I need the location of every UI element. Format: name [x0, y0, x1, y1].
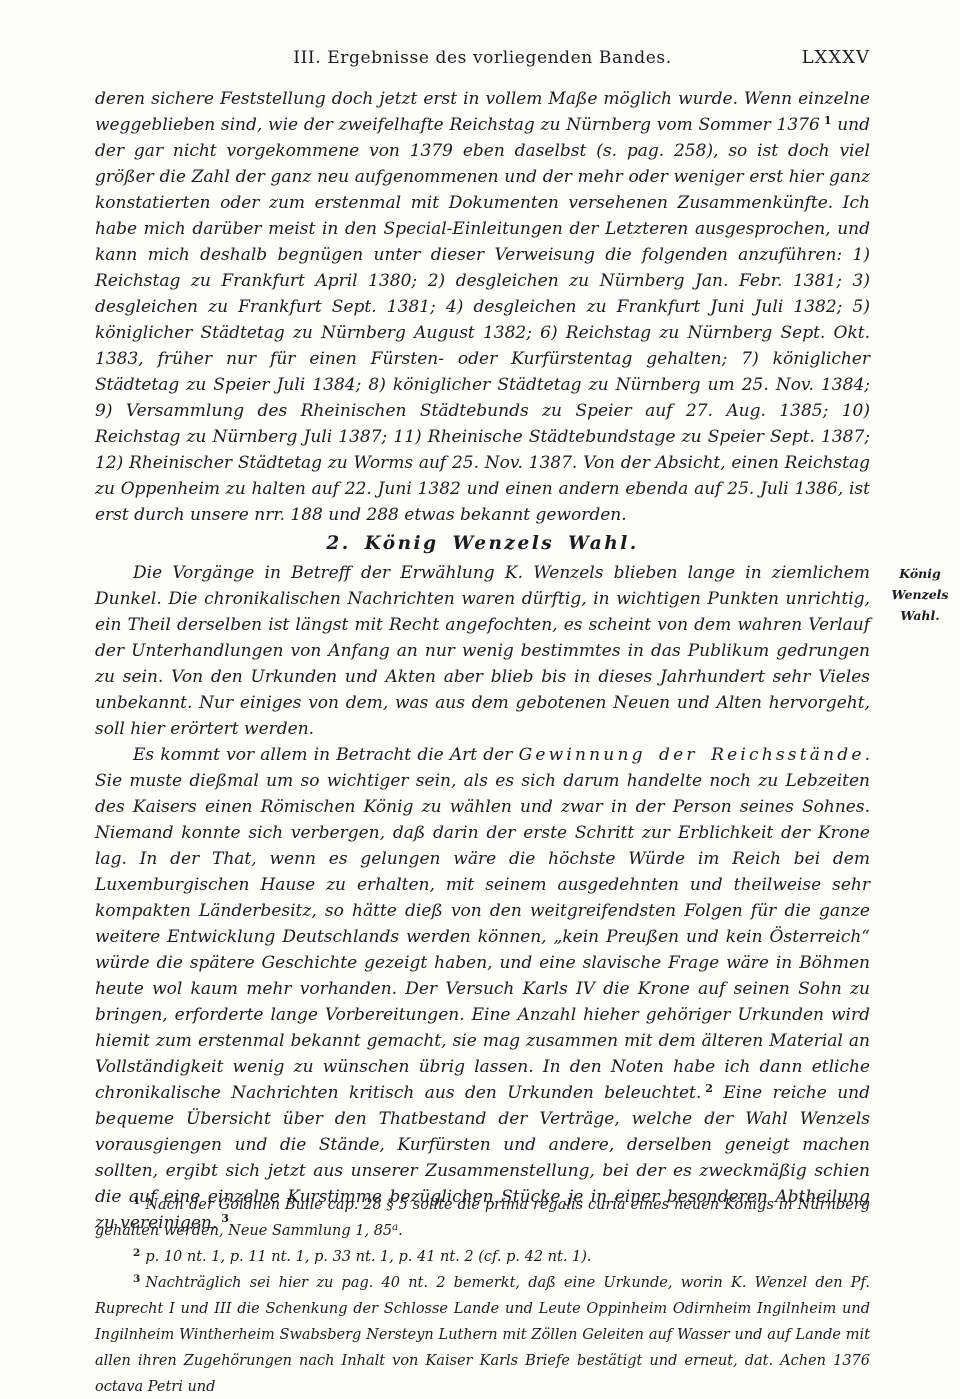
paragraph-text: und der gar nicht vorgekommene von 1379 … — [95, 115, 870, 525]
paragraph-text: . Sie muste dießmal um so wichtiger sein… — [95, 745, 870, 1103]
section-heading: 2. König Wenzels Wahl. — [95, 531, 870, 557]
footnote-1: 1Nach der Goldnen Bulle cap. 28 § 5 soll… — [95, 1192, 870, 1244]
footnote-text: Nach der Goldnen Bulle cap. 28 § 5 sollt… — [95, 1197, 870, 1239]
footnote-text: p. 10 nt. 1, p. 11 nt. 1, p. 33 nt. 1, p… — [145, 1249, 591, 1265]
paragraph-gewinnung: Es kommt vor allem in Betracht die Art d… — [95, 742, 870, 1236]
running-header-title: III. Ergebnisse des vorliegenden Bandes. — [95, 48, 870, 68]
footnote-text: Nachträglich sei hier zu pag. 40 nt. 2 b… — [95, 1275, 870, 1395]
margin-note: König Wenzels Wahl. — [883, 563, 957, 626]
footnote-text: . — [398, 1223, 403, 1239]
book-page: III. Ergebnisse des vorliegenden Bandes.… — [0, 0, 960, 1399]
margin-note-line: König — [883, 563, 957, 584]
running-header: III. Ergebnisse des vorliegenden Bandes.… — [95, 48, 870, 72]
margin-note-line: Wahl. — [883, 605, 957, 626]
footnote-1-marker: 1 — [133, 1195, 140, 1207]
paragraph-wenzel-dunkel: Die Vorgänge in Betreff der Erwählung K.… — [95, 560, 870, 742]
paragraph-text: deren sichere Feststellung doch jetzt er… — [95, 89, 870, 135]
emphasized-text: Gewinnung der Reichsstände — [519, 745, 865, 765]
page-number: LXXXV — [802, 47, 870, 68]
paragraph-text: Es kommt vor allem in Betracht die Art d… — [133, 745, 519, 765]
footnote-2-marker: 2 — [133, 1247, 140, 1259]
paragraph-continuation: deren sichere Feststellung doch jetzt er… — [95, 86, 870, 528]
footnote-3-marker: 3 — [133, 1273, 140, 1285]
footnote-ref-2: 2 — [705, 1082, 713, 1095]
footnote-2: 2p. 10 nt. 1, p. 11 nt. 1, p. 33 nt. 1, … — [95, 1244, 870, 1270]
paragraph-with-margin-note: Die Vorgänge in Betreff der Erwählung K.… — [95, 560, 870, 742]
main-text-block: deren sichere Feststellung doch jetzt er… — [95, 86, 870, 1236]
margin-note-line: Wenzels — [883, 584, 957, 605]
footnote-3: 3Nachträglich sei hier zu pag. 40 nt. 2 … — [95, 1270, 870, 1399]
footnotes-section: 1Nach der Goldnen Bulle cap. 28 § 5 soll… — [95, 1192, 870, 1399]
